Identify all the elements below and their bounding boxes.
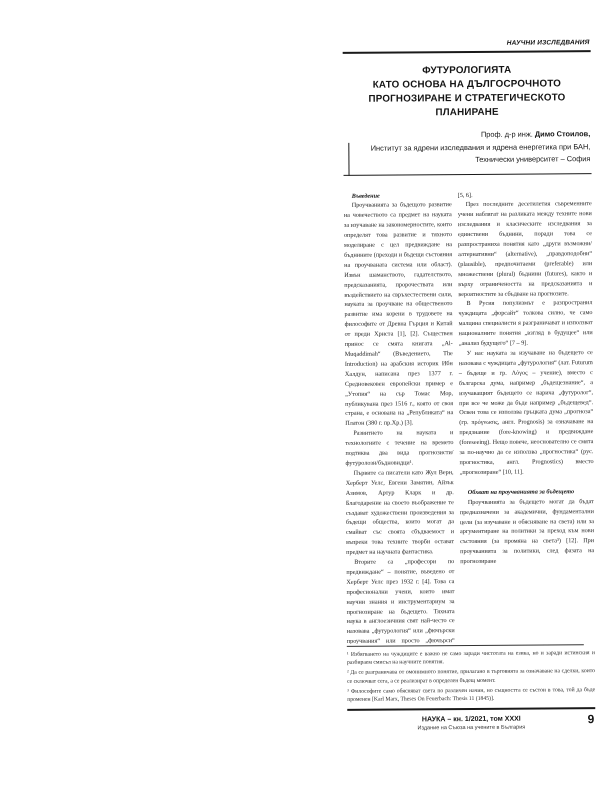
section-label: НАУЧНИ ИЗСЛЕДВАНИЯ	[343, 39, 591, 48]
body-columns: Въведение Проучванията за бъдещото разви…	[344, 190, 595, 644]
article-title: ФУТУРОЛОГИЯТА КАТО ОСНОВА НА ДЪЛГОСРОЧНО…	[343, 63, 591, 121]
page-footer: НАУКА – кн. 1/2021, том XXXI Издание на …	[347, 715, 595, 732]
right-column: [5, 6]. През последните десетилетия съвр…	[458, 190, 595, 643]
scope-section-heading: Обхват на проучванията за бъдещето	[460, 487, 594, 498]
left-column: Въведение Проучванията за бъдещото разви…	[344, 191, 455, 644]
paragraph: Развитието на науката и технологиите с т…	[345, 428, 453, 468]
paragraph: Първите са писатели като Жул Верн, Хербе…	[346, 468, 455, 558]
journal-issue-line: НАУКА – кн. 1/2021, том XXXI	[347, 715, 595, 724]
author-degree: Проф. д-р инж.	[481, 130, 535, 139]
footnote: ¹ Избягването на чуждиците е важно не са…	[347, 649, 595, 668]
paragraph: Проучванията за бъдещето могат да бъдат …	[460, 497, 594, 567]
footer-rule	[347, 707, 595, 710]
author-line: Проф. д-р инж. Димо Стоилов,	[353, 128, 590, 142]
paragraph: През последните десетилетия съвременните…	[458, 200, 593, 300]
paragraph: У нас науката за изучаване на бъдещето с…	[459, 348, 594, 478]
author-block: Проф. д-р инж. Димо Стоилов, Институт за…	[343, 128, 591, 175]
article-title-line: ПРОГНОЗИРАНЕ И СТРАТЕГИЧЕСКОТО ПЛАНИРАНЕ	[343, 91, 591, 121]
paragraph: Вторите са „професори по предвиждане“ – …	[346, 557, 455, 643]
paragraph: Проучванията за бъдещото развитие на чов…	[344, 201, 454, 430]
footnote-separator-rule	[347, 644, 584, 647]
page-content: НАУЧНИ ИЗСЛЕДВАНИЯ ФУТУРОЛОГИЯТА КАТО ОС…	[343, 39, 596, 731]
publisher-line: Издание на Съюза на учените в България	[347, 724, 595, 732]
author-name: Димо Стоилов,	[535, 129, 590, 138]
author-affiliation: Технически университет – София	[353, 153, 590, 167]
header-rule	[343, 50, 591, 54]
author-block-left-rule	[348, 143, 349, 176]
footnotes: ¹ Избягването на чуждиците е важно не са…	[347, 649, 595, 706]
footnote: ² Да се разграничава от омонимното понят…	[347, 667, 595, 686]
scanned-page: НАУЧНИ ИЗСЛЕДВАНИЯ ФУТУРОЛОГИЯТА КАТО ОС…	[0, 0, 600, 800]
page-number: 9	[588, 712, 595, 726]
footnote: ³ Философите само обясняват света по раз…	[347, 686, 595, 705]
paragraph: В Русия популизмът е разпространил чужди…	[458, 299, 592, 349]
